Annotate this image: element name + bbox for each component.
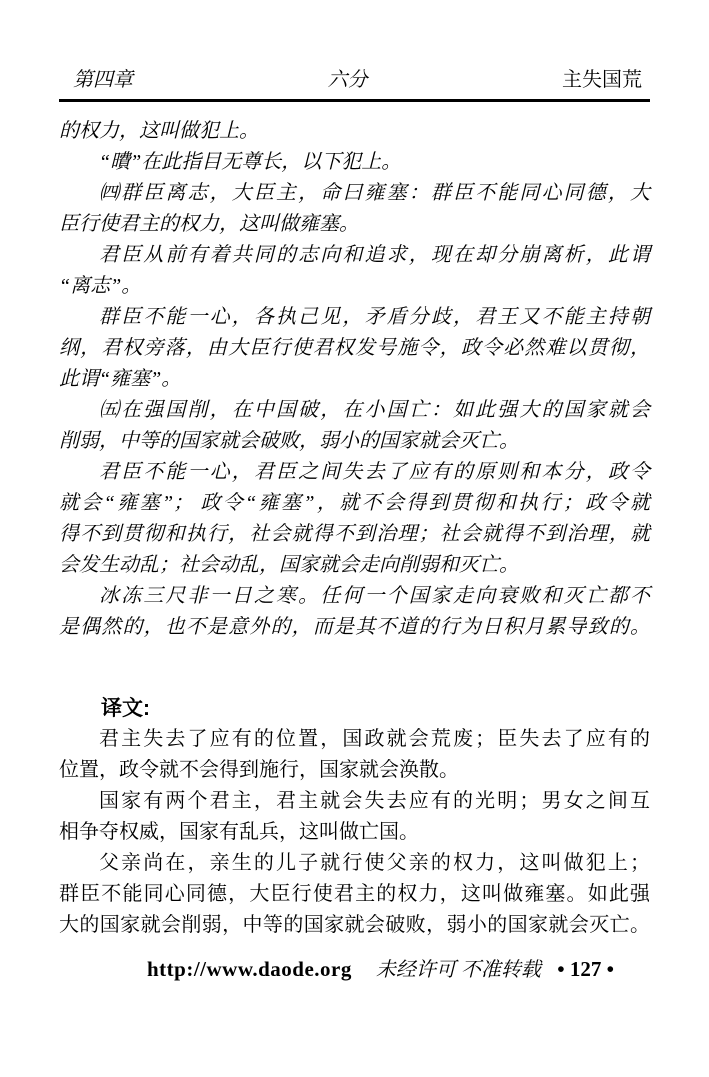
commentary-line: 削弱，中等的国家就会破败，弱小的国家就会灭亡。 [59,426,650,457]
translation-line: 相争夺权威，国家有乱兵，这叫做亡国。 [59,817,650,848]
footer-url: http://www.daode.org [147,955,352,983]
commentary-line: 冰冻三尺非一日之寒。任何一个国家走向衰败和灭亡都不 [59,581,650,612]
translation-section: 译文: 君主失去了应有的位置，国政就会荒废；臣失去了应有的 位置，政令就不会得到… [59,693,650,941]
page-content: 第四章 六分 主失国荒 的权力，这叫做犯上。 “曊”在此指目无尊长，以下犯上。 … [59,0,650,984]
commentary-line: 君臣从前有着共同的志向和追求，现在却分崩离析，此谓 [59,240,650,271]
header-section: 主失国荒 [562,68,642,92]
translation-line: 国家有两个君主，君主就会失去应有的光明；男女之间互 [59,786,650,817]
translation-line: 大的国家就会削弱，中等的国家就会破败，弱小的国家就会灭亡。 [59,910,650,941]
commentary-line: 是偶然的，也不是意外的，而是其不道的行为日积月累导致的。 [59,612,650,643]
commentary-line: 的权力，这叫做犯上。 [59,116,650,147]
translation-line: 群臣不能同心同德，大臣行使君主的权力，这叫做雍塞。如此强 [59,879,650,910]
commentary-line: 就会“雍塞”； 政令“雍塞”，就不会得到贯彻和执行；政令就 [59,488,650,519]
page-footer: http://www.daode.org 未经许可 不准转载 • 127 • [59,955,650,984]
commentary-line: 得不到贯彻和执行，社会就得不到治理；社会就得不到治理，就 [59,519,650,550]
commentary-line: 此谓“雍塞”。 [59,364,650,395]
page-number: • 127 • [557,955,614,983]
header-rule [59,99,650,102]
commentary-line: 纲，君权旁落，由大臣行使君权发号施令，政令必然难以贯彻， [59,333,650,364]
commentary-line: “曊”在此指目无尊长，以下犯上。 [59,147,650,178]
commentary-line: ㈣群臣离志，大臣主，命曰雍塞：群臣不能同心同德，大 [59,178,650,209]
footer-copyright-notice: 未经许可 不准转载 [376,956,541,984]
commentary-line: 会发生动乱；社会动乱，国家就会走向削弱和灭亡。 [59,550,650,581]
translation-heading: 译文: [59,693,650,724]
header-title: 六分 [328,68,368,92]
commentary-line: 臣行使君主的权力，这叫做雍塞。 [59,209,650,240]
book-page: 第四章 六分 主失国荒 的权力，这叫做犯上。 “曊”在此指目无尊长，以下犯上。 … [0,0,709,1077]
commentary-line: ㈤在强国削，在中国破，在小国亡：如此强大的国家就会 [59,395,650,426]
commentary-line: “离志”。 [59,271,650,302]
header-chapter: 第四章 [73,68,133,92]
page-header: 第四章 六分 主失国荒 [59,0,650,92]
commentary-section: 的权力，这叫做犯上。 “曊”在此指目无尊长，以下犯上。 ㈣群臣离志，大臣主，命曰… [59,116,650,941]
translation-line: 君主失去了应有的位置，国政就会荒废；臣失去了应有的 [59,724,650,755]
commentary-line: 君臣不能一心，君臣之间失去了应有的原则和本分，政令 [59,457,650,488]
translation-line: 位置，政令就不会得到施行，国家就会涣散。 [59,755,650,786]
translation-line: 父亲尚在，亲生的儿子就行使父亲的权力，这叫做犯上； [59,848,650,879]
commentary-line: 群臣不能一心，各执己见，矛盾分歧，君王又不能主持朝 [59,302,650,333]
